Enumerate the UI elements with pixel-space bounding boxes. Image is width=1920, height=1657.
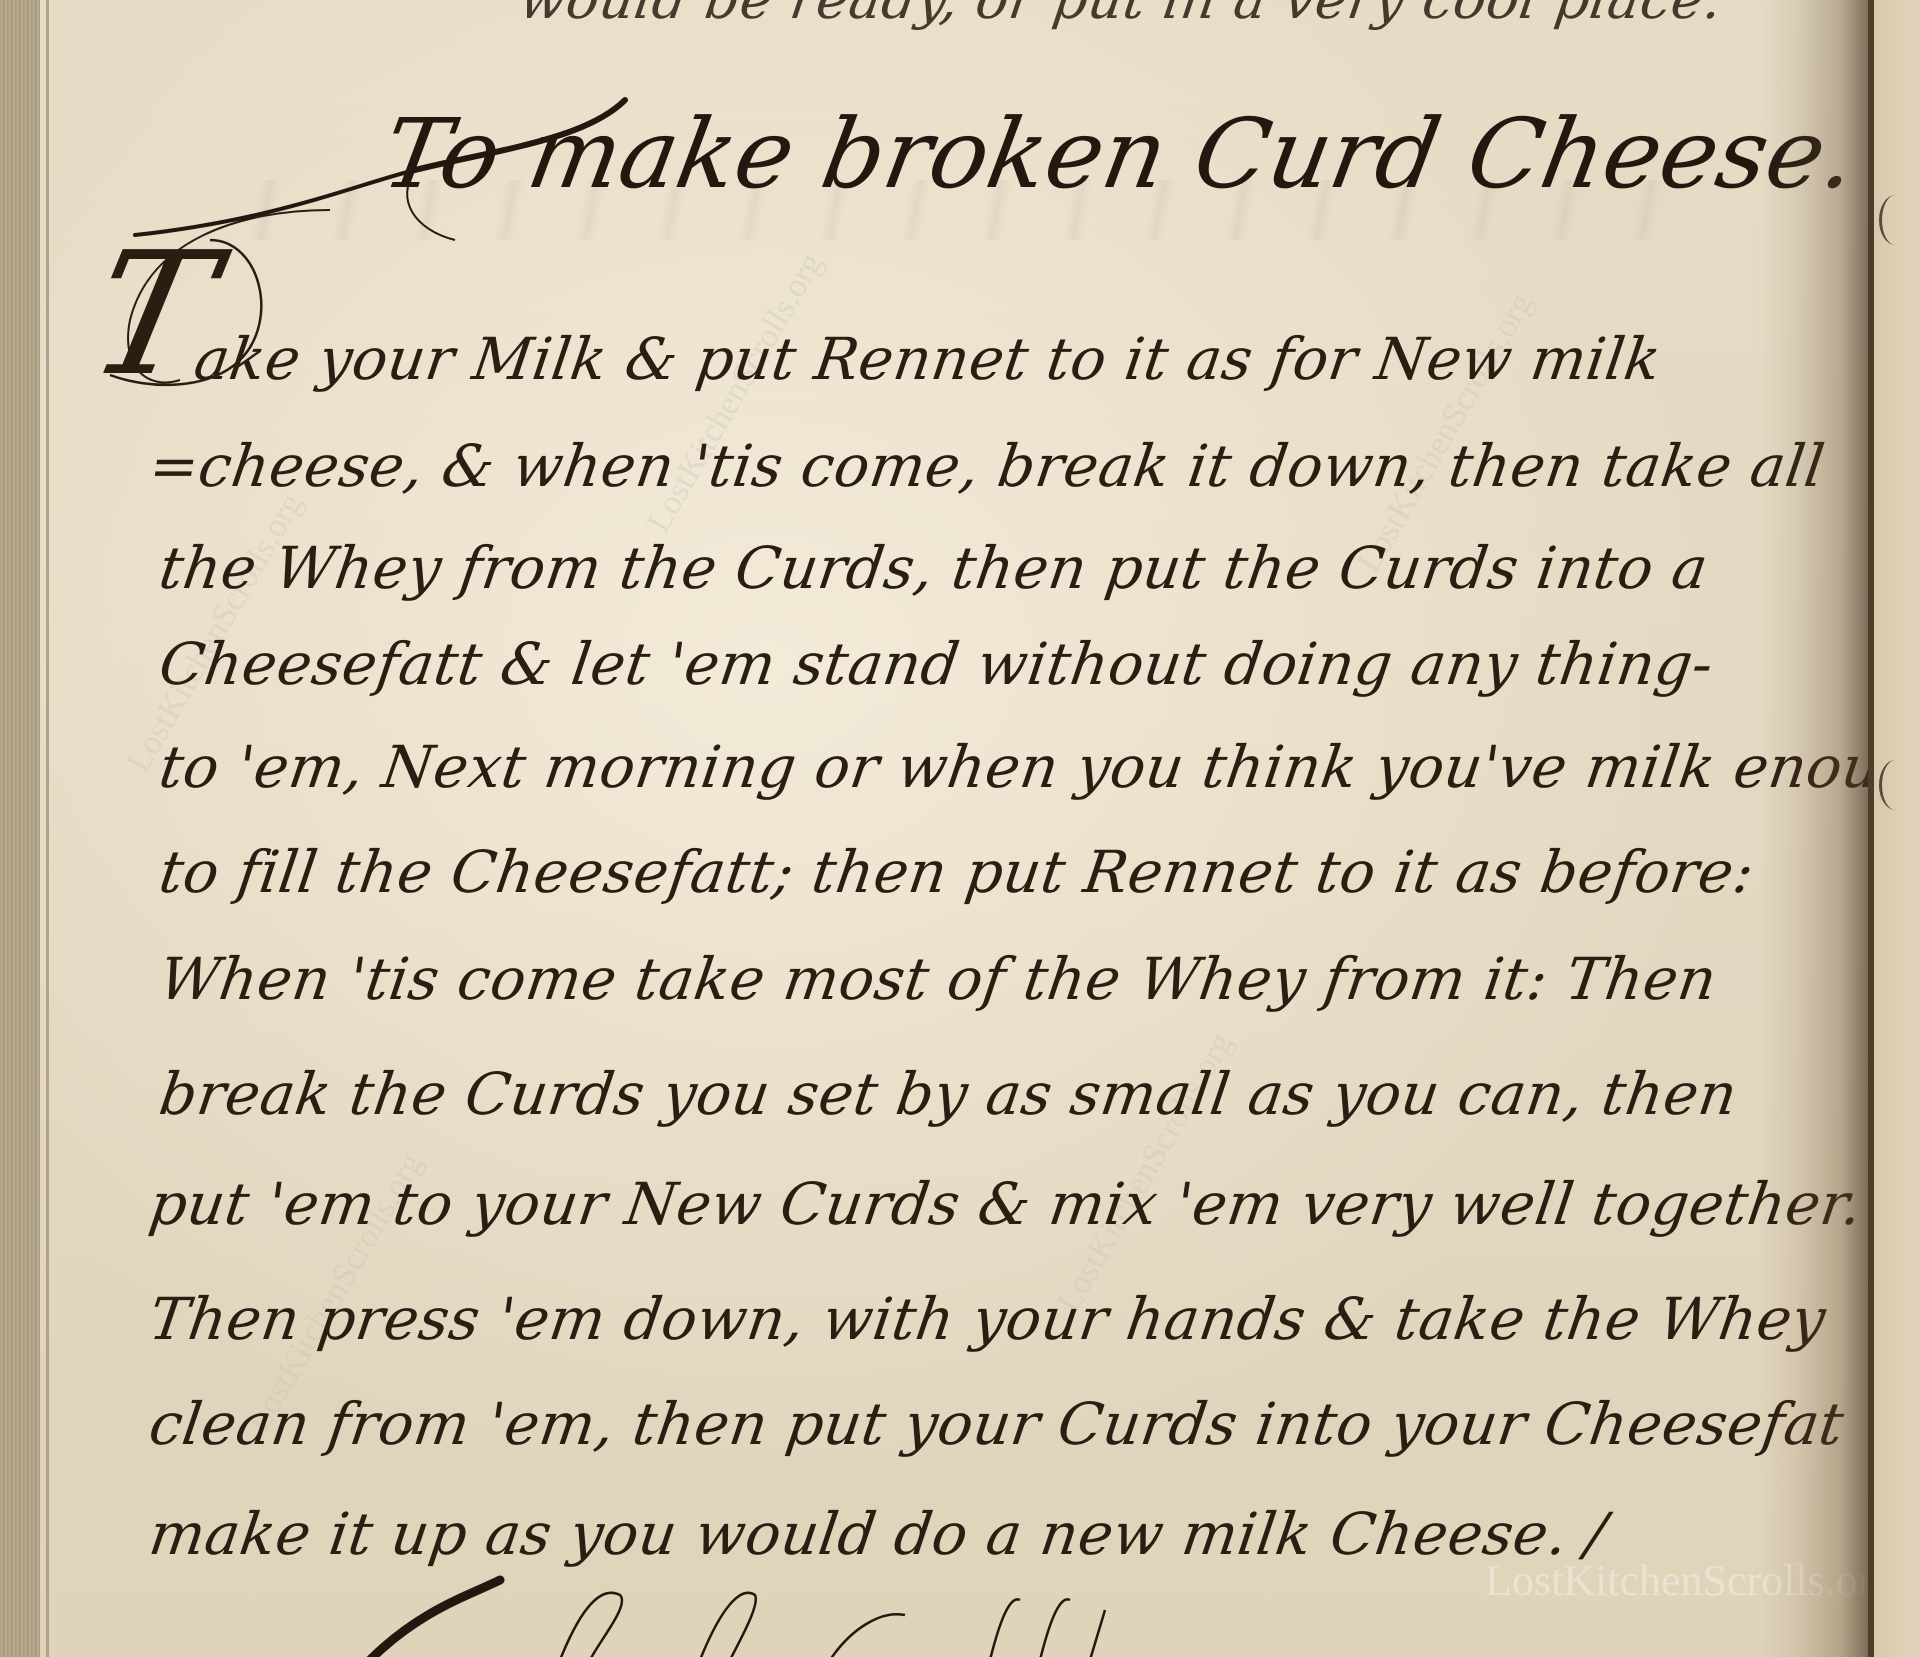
manuscript-text: would be ready, or put in a very cool pl… [0, 0, 1860, 1657]
manuscript-line-2: =cheese, & when 'tis come, break it down… [145, 432, 1829, 500]
manuscript-line-7: When 'tis come take most of the Whey fro… [155, 945, 1721, 1013]
manuscript-line-8: break the Curds you set by as small as y… [155, 1060, 1741, 1128]
facing-page-ink-mark [1879, 760, 1912, 810]
manuscript-line-1: ake your Milk & put Rennet to it as for … [190, 325, 1665, 393]
facing-page-ink-mark [1879, 195, 1912, 245]
manuscript-line-5: to 'em, Next morning or when you think y… [155, 733, 1920, 801]
manuscript-line-11: clean from 'em, then put your Curds into… [145, 1390, 1848, 1458]
manuscript-line-4: Cheesefatt & let 'em stand without doing… [155, 630, 1717, 698]
manuscript-line-6: to fill the Cheesefatt; then put Rennet … [155, 838, 1758, 906]
facing-page-edge [1874, 0, 1920, 1657]
book-gutter-shadow [1758, 0, 1868, 1657]
manuscript-line-12: make it up as you would do a new milk Ch… [145, 1500, 1611, 1568]
manuscript-line-9: put 'em to your New Curds & mix 'em very… [145, 1170, 1866, 1238]
manuscript-line-3: the Whey from the Curds, then put the Cu… [155, 534, 1712, 602]
manuscript-scan: LostKitchenScrolls.org LostKitchenScroll… [0, 0, 1920, 1657]
previous-recipe-fragment: would be ready, or put in a very cool pl… [516, 0, 1727, 31]
manuscript-line-10: Then press 'em down, with your hands & t… [145, 1285, 1830, 1353]
next-title-flourish-icon [360, 1570, 1160, 1657]
recipe-title: To make broken Curd Cheese. [375, 98, 1865, 210]
